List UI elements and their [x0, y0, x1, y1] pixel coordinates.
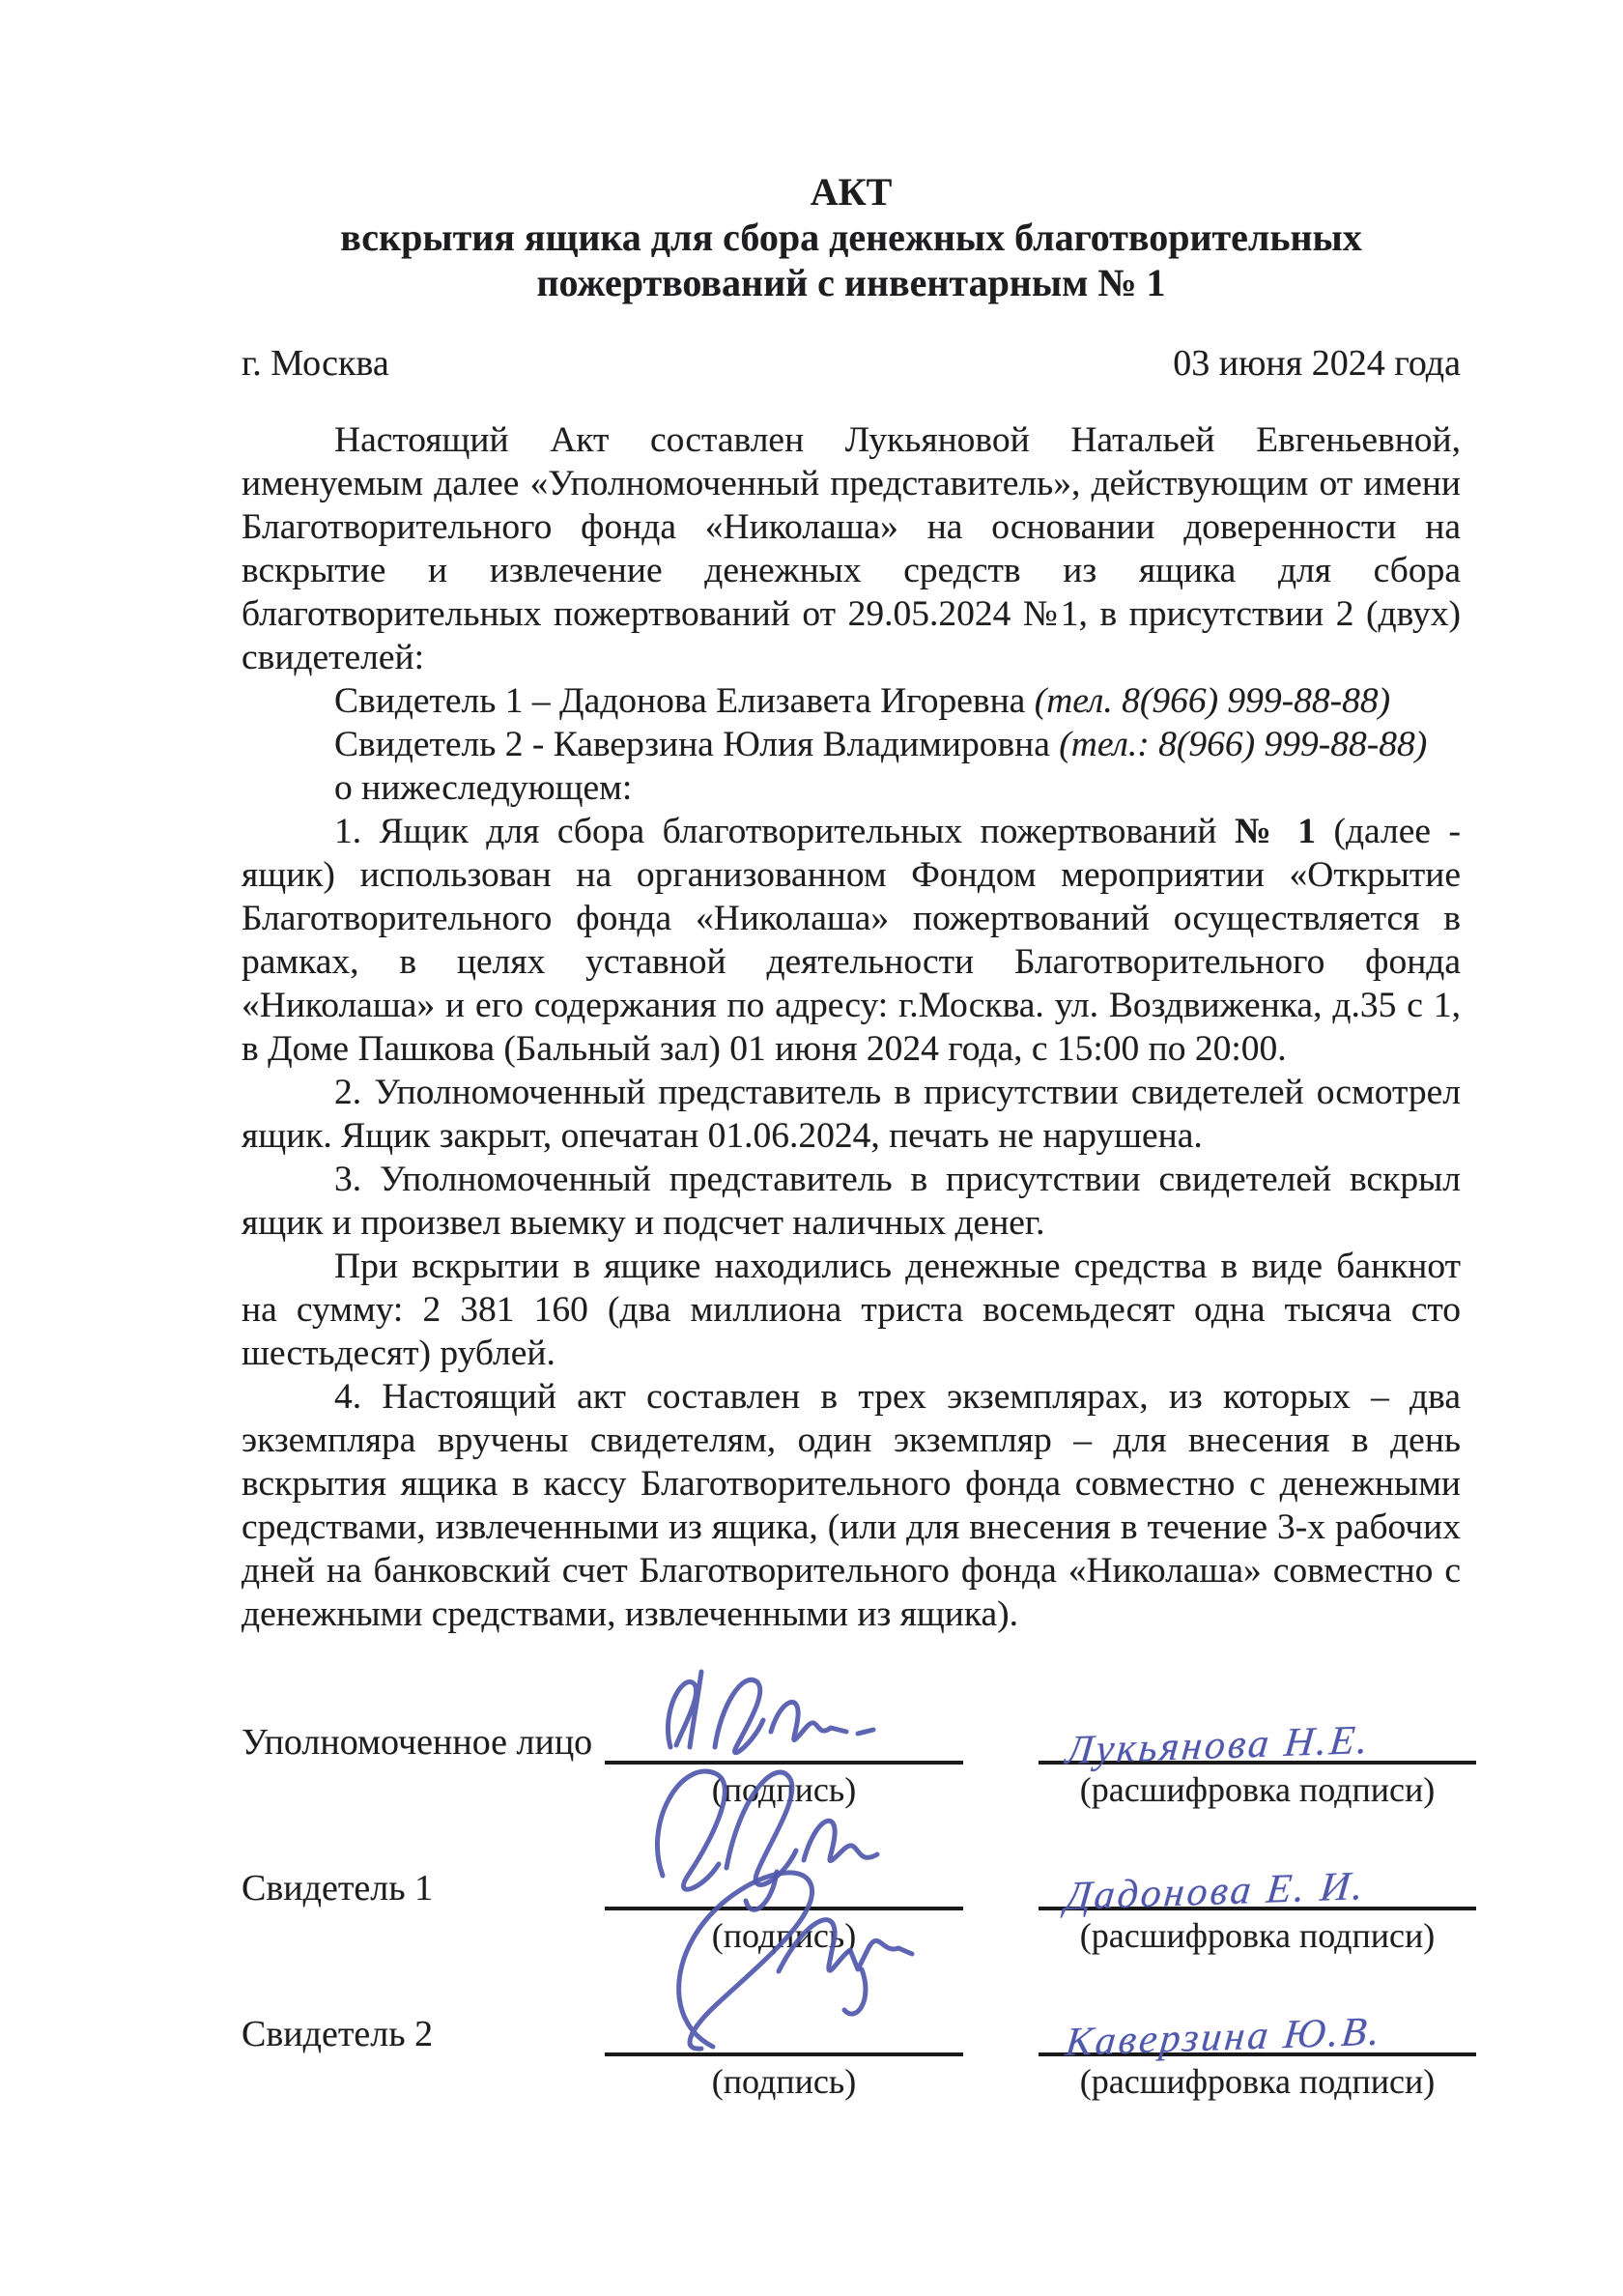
paragraph-item-3: 3. Уполномоченный представитель в присут…: [242, 1158, 1461, 1245]
meta-row: г. Москва 03 июня 2024 года: [242, 342, 1461, 386]
title-line-3: пожертвований с инвентарным № 1: [242, 260, 1461, 305]
city-label: г. Москва: [242, 342, 389, 386]
witness-2-phone: (тел.: 8(966) 999-88-88): [1059, 725, 1427, 764]
title-line-2: вскрытия ящика для сбора денежных благот…: [242, 215, 1461, 260]
handwritten-transcript-authorized: Лукьянова Н.Е.: [1064, 1712, 1506, 1774]
witness-1-line: Свидетель 1 – Дадонова Елизавета Игоревн…: [242, 679, 1461, 723]
transcript-caption: (расшифровка подписи): [1039, 2060, 1476, 2107]
document-page: АКТ вскрытия ящика для сбора денежных бл…: [0, 0, 1623, 2296]
handwritten-transcript-witness-2: Каверзина Ю.В.: [1064, 2004, 1506, 2066]
handwritten-signature-witness-2: [634, 1857, 962, 2070]
paragraph-intro: Настоящий Акт составлен Лукьяновой Натал…: [242, 418, 1461, 679]
paragraph-sum: При вскрытии в ящике находились денежные…: [242, 1245, 1461, 1375]
about-line: о нижеследующем:: [242, 766, 1461, 810]
transcript-caption: (расшифровка подписи): [1039, 1768, 1476, 1815]
transcript-slot: Каверзина Ю.В. (расшифровка подписи): [1039, 2052, 1476, 2107]
document-title: АКТ вскрытия ящика для сбора денежных бл…: [242, 169, 1461, 305]
paragraph-item-1: 1. Ящик для сбора благотворительных поже…: [242, 810, 1461, 1071]
title-line-1: АКТ: [242, 169, 1461, 215]
witness-1-name: Свидетель 1 – Дадонова Елизавета Игоревн…: [334, 681, 1035, 721]
signature-role-label: Свидетель 1: [242, 1867, 605, 1961]
document-body: Настоящий Акт составлен Лукьяновой Натал…: [242, 418, 1461, 1636]
paragraph-item-4: 4. Настоящий акт составлен в трех экземп…: [242, 1375, 1461, 1636]
item-1-text-pre: 1. Ящик для сбора благотворительных поже…: [334, 812, 1235, 851]
signature-section: Уполномоченное лицо (подпись) Лукьянова …: [242, 1721, 1461, 2107]
signature-role-label: Свидетель 2: [242, 2013, 605, 2107]
transcript-slot: Дадонова Е. И. (расшифровка подписи): [1039, 1907, 1476, 1961]
paragraph-item-2: 2. Уполномоченный представитель в присут…: [242, 1071, 1461, 1158]
witness-1-phone: (тел. 8(966) 999-88-88): [1035, 681, 1390, 721]
signature-role-label: Уполномоченное лицо: [242, 1721, 605, 1815]
handwritten-transcript-witness-1: Дадонова Е. И.: [1064, 1858, 1506, 1920]
date-label: 03 июня 2024 года: [1173, 342, 1461, 386]
witness-2-name: Свидетель 2 - Каверзина Юлия Владимировн…: [334, 725, 1059, 764]
signature-row-witness-2: Свидетель 2 (подпись) Каверзина Ю.В. (ра…: [242, 2013, 1461, 2107]
transcript-caption: (расшифровка подписи): [1039, 1914, 1476, 1961]
item-1-number: № 1: [1235, 812, 1316, 851]
transcript-slot: Лукьянова Н.Е. (расшифровка подписи): [1039, 1761, 1476, 1815]
witness-2-line: Свидетель 2 - Каверзина Юлия Владимировн…: [242, 723, 1461, 766]
signature-slot: (подпись): [605, 2052, 963, 2107]
